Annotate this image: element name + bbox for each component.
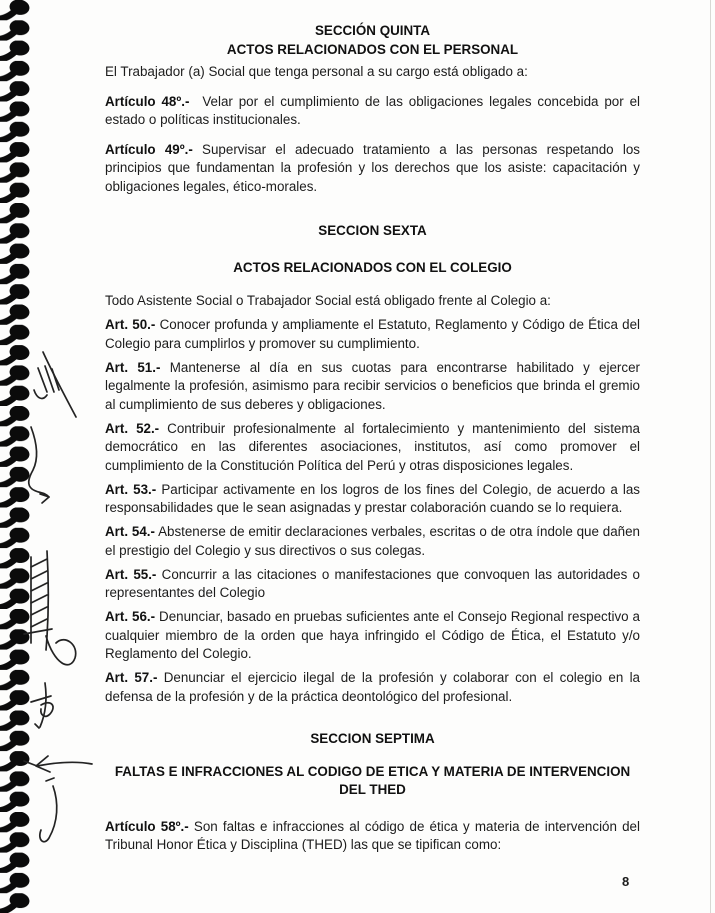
j-curve-mark — [40, 778, 57, 842]
article-52-label: Art. 52.- — [105, 421, 159, 436]
article-58: Artículo 58º.- Son faltas e infracciones… — [105, 818, 640, 855]
document-content: SECCIÓN QUINTA ACTOS RELACIONADOS CON EL… — [105, 22, 640, 855]
section-sexta-subheading: ACTOS RELACIONADOS CON EL COLEGIO — [105, 259, 640, 278]
article-53-text: Participar activamente en los logros de … — [105, 482, 640, 516]
article-55: Art. 55.- Concurrir a las citaciones o m… — [105, 566, 640, 603]
article-49-label: Artículo 49º.- — [105, 142, 193, 157]
section-septima-heading: SECCION SEPTIMA — [105, 730, 640, 749]
long-arrow-mark — [24, 756, 92, 772]
article-56-label: Art. 56.- — [105, 609, 155, 624]
document-page: SECCIÓN QUINTA ACTOS RELACIONADOS CON EL… — [0, 0, 715, 913]
article-53: Art. 53.- Participar activamente en los … — [105, 481, 640, 518]
section-quinta-intro: El Trabajador (a) Social que tenga perso… — [105, 63, 640, 82]
spiral-binding — [0, 0, 48, 913]
article-57-label: Art. 57.- — [105, 670, 157, 685]
article-51-text: Mantenerse al día en sus cuotas para enc… — [105, 360, 640, 412]
article-52-text: Contribuir profesionalmente al fortaleci… — [105, 421, 640, 473]
article-56: Art. 56.- Denunciar, basado en pruebas s… — [105, 608, 640, 664]
article-54-label: Art. 54.- — [105, 524, 155, 539]
section-sexta-heading: SECCION SEXTA — [105, 222, 640, 241]
scribble-mark-1 — [34, 352, 76, 417]
article-52: Art. 52.- Contribuir profesionalmente al… — [105, 420, 640, 476]
section-quinta-subheading: ACTOS RELACIONADOS CON EL PERSONAL — [105, 41, 640, 60]
page-edge-line — [710, 0, 711, 913]
article-56-text: Denunciar, basado en pruebas suficientes… — [105, 609, 640, 661]
article-50-label: Art. 50.- — [105, 317, 155, 332]
article-54: Art. 54.- Abstenerse de emitir declaraci… — [105, 523, 640, 560]
article-50: Art. 50.- Conocer profunda y ampliamente… — [105, 316, 640, 353]
article-57-text: Denunciar el ejercicio ilegal de la prof… — [105, 670, 640, 704]
article-57: Art. 57.- Denunciar el ejercicio ilegal … — [105, 669, 640, 706]
article-54-text: Abstenerse de emitir declaraciones verba… — [105, 524, 640, 558]
article-55-text: Concurrir a las citaciones o manifestaci… — [105, 567, 640, 601]
article-58-label: Artículo 58º.- — [105, 819, 189, 834]
section-quinta-heading: SECCIÓN QUINTA — [105, 22, 640, 41]
article-50-text: Conocer profunda y ampliamente el Estatu… — [105, 317, 640, 351]
coil-pattern-fill — [0, 0, 34, 913]
section-septima-subheading-line1: FALTAS E INFRACCIONES AL CODIGO DE ETICA… — [105, 763, 640, 782]
signature-hatch-mark — [24, 551, 76, 665]
article-48-label: Artículo 48º.- — [105, 94, 189, 109]
article-49: Artículo 49º.- Supervisar el adecuado tr… — [105, 141, 640, 197]
article-51: Art. 51.- Mantenerse al día en sus cuota… — [105, 359, 640, 415]
article-55-label: Art. 55.- — [105, 567, 156, 582]
page-number: 8 — [622, 874, 629, 889]
article-53-label: Art. 53.- — [105, 482, 156, 497]
curved-arrow-mark — [29, 427, 49, 503]
article-48: Artículo 48º.- Velar por el cumplimiento… — [105, 93, 640, 130]
section-sexta-intro: Todo Asistente Social o Trabajador Socia… — [105, 292, 640, 311]
article-51-label: Art. 51.- — [105, 360, 160, 375]
tb-scribble-mark — [31, 683, 53, 728]
section-septima-subheading-line2: DEL THED — [105, 781, 640, 800]
